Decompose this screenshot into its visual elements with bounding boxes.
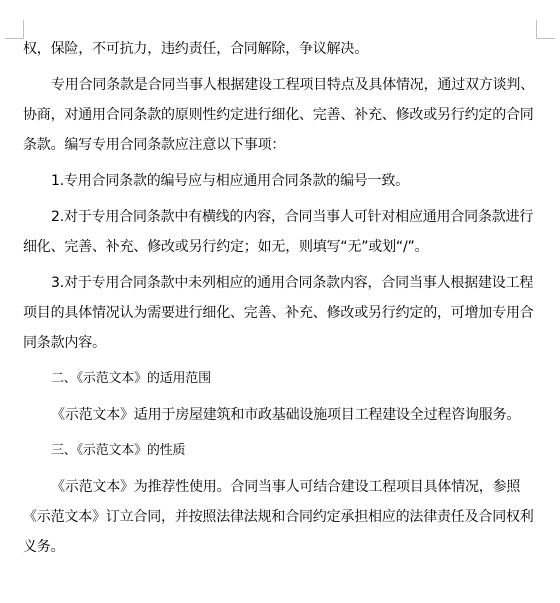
paragraph-scope: 《示范文本》适用于房屋建筑和市政基础设施项目工程建设全过程咨询服务。 xyxy=(23,400,537,430)
paragraph-special-terms-definition: 专用合同条款是合同当事人根据建设工程项目特点及具体情况，通过双方谈判、协商，对通… xyxy=(23,70,537,160)
section-heading-scope: 二、《示范文本》的适用范围 xyxy=(23,364,537,394)
list-item-3: 3.对于专用合同条款中未列相应的通用合同条款内容，合同当事人根据建设工程项目的具… xyxy=(23,268,537,358)
top-left-margin-mark xyxy=(5,20,24,39)
section-heading-nature: 三、《示范文本》的性质 xyxy=(23,436,537,466)
list-item-1: 1.专用合同条款的编号应与相应通用合同条款的编号一致。 xyxy=(23,166,537,196)
document-page: 权，保险，不可抗力，违约责任，合同解除，争议解决。 专用合同条款是合同当事人根据… xyxy=(0,0,560,603)
paragraph-nature: 《示范文本》为推荐性使用。合同当事人可结合建设工程项目具体情况，参照《示范文本》… xyxy=(23,472,537,562)
top-right-margin-mark xyxy=(536,20,555,39)
document-body: 权，保险，不可抗力，违约责任，合同解除，争议解决。 专用合同条款是合同当事人根据… xyxy=(23,34,537,562)
list-item-2: 2.对于专用合同条款中有横线的内容，合同当事人可针对相应通用合同条款进行细化、完… xyxy=(23,202,537,262)
paragraph-continuation: 权，保险，不可抗力，违约责任，合同解除，争议解决。 xyxy=(23,34,537,64)
